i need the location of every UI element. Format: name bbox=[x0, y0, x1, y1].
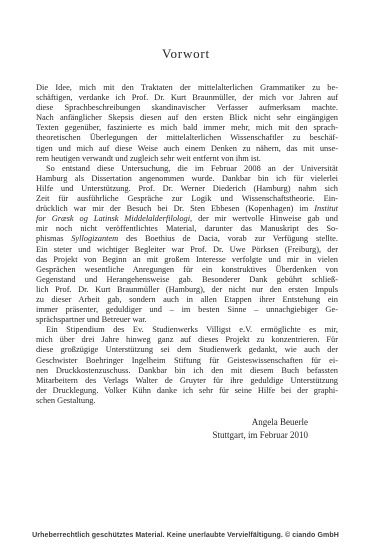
copyright-notice: Urheberrechtlich geschütztes Material. K… bbox=[0, 532, 371, 539]
italic-text-segment: Syllogizantem bbox=[71, 234, 118, 243]
text-segment: sprächspartner und Betreuer war. bbox=[36, 315, 147, 324]
text-segment: , der mir wertvolle Hinweise gab und bbox=[190, 214, 338, 223]
text-segment: drücklich war mir der Besuch bei Dr. Ste… bbox=[36, 204, 314, 213]
text-line: Hilfe und Unterstützung. Prof. Dr. Werne… bbox=[36, 184, 338, 194]
text-segment: mir noch nicht veröffentlichtes Material… bbox=[36, 224, 338, 233]
italic-text-segment: Institut bbox=[314, 204, 338, 213]
text-line: Hamburg als Dissertation angenommen wurd… bbox=[36, 174, 338, 184]
text-line: mir noch nicht veröffentlichtes Material… bbox=[36, 224, 338, 234]
text-line: sprächspartner und Betreuer war. bbox=[36, 315, 338, 325]
italic-text-segment: for Græsk og Latinsk Middelalderfilologi bbox=[36, 214, 190, 223]
text-line: Ein steter und wichtiger Begleiter war P… bbox=[36, 245, 338, 255]
text-segment: mich über drei Jahre hinweg ganz auf die… bbox=[36, 335, 338, 344]
text-segment: des Boethius de Dacia, vorab zur Verfügu… bbox=[118, 234, 338, 243]
text-segment: Hilfe und Unterstützung. Prof. Dr. Werne… bbox=[36, 184, 338, 193]
text-line: Zeit für ausführliche Gespräche zur Logi… bbox=[36, 194, 338, 204]
text-line: tigen und mich auf diese Weise auch eine… bbox=[36, 144, 338, 154]
text-line: So entstand diese Untersuchung, die im F… bbox=[36, 164, 338, 174]
text-line: theoretischen Überlegungen der mittelalt… bbox=[36, 133, 338, 143]
text-segment: diese großzügige Unterstützung sei dem S… bbox=[36, 345, 338, 354]
text-segment: So entstand diese Untersuchung, die im F… bbox=[46, 164, 338, 173]
text-line: drücklich war mir der Besuch bei Dr. Ste… bbox=[36, 204, 338, 214]
text-segment: Texten gegenüber, faszinierte es mich ba… bbox=[36, 123, 338, 132]
text-line: Geschwister Boehringer Ingelheim Stiftun… bbox=[36, 356, 338, 366]
text-segment: Ein steter und wichtiger Begleiter war P… bbox=[36, 245, 338, 254]
text-line: schen Gestaltung. bbox=[36, 396, 338, 406]
text-line: immer präsenter, geduldiger und – im bes… bbox=[36, 305, 338, 315]
signature-block: Angela Beuerle Stuttgart, im Februar 201… bbox=[36, 416, 308, 442]
preface-text: Die Idee, mich mit den Traktaten der mit… bbox=[36, 83, 338, 406]
text-line: zu dieser Arbeit gab, sondern auch in al… bbox=[36, 295, 338, 305]
text-line: Die Idee, mich mit den Traktaten der mit… bbox=[36, 83, 338, 93]
text-line: for Græsk og Latinsk Middelalderfilologi… bbox=[36, 214, 338, 224]
text-line: mich über drei Jahre hinweg ganz auf die… bbox=[36, 335, 338, 345]
text-line: diese großzügige Unterstützung sei dem S… bbox=[36, 345, 338, 355]
text-segment: phismas bbox=[36, 234, 71, 243]
page-title: Vorwort bbox=[36, 46, 336, 62]
text-line: Mitarbeitern des Verlags Walter de Gruyt… bbox=[36, 376, 338, 386]
text-segment: Geschwister Boehringer Ingelheim Stiftun… bbox=[36, 356, 338, 365]
text-line: das Projekt von Beginn an mit großem Int… bbox=[36, 255, 338, 265]
text-segment: das Projekt von Beginn an mit großem Int… bbox=[36, 255, 338, 264]
text-line: schäftigen, verdanke ich Prof. Dr. Kurt … bbox=[36, 93, 338, 103]
text-segment: Die Idee, mich mit den Traktaten der mit… bbox=[36, 83, 338, 92]
author-name: Angela Beuerle bbox=[36, 416, 308, 429]
text-line: lich Prof. Dr. Kurt Braunmüller (Hamburg… bbox=[36, 285, 338, 295]
text-segment: zu dieser Arbeit gab, sondern auch in al… bbox=[36, 295, 338, 304]
text-segment: tigen und mich auf diese Weise auch eine… bbox=[36, 144, 338, 153]
text-segment: Nach anfänglicher Skepsis diesen auf den… bbox=[36, 113, 338, 122]
text-segment: Ein Stipendium des Ev. Studienwerks Vill… bbox=[46, 325, 338, 334]
text-line: Gegenstand und Herangehensweise gab. Bes… bbox=[36, 275, 338, 285]
text-segment: Hamburg als Dissertation angenommen wurd… bbox=[36, 174, 338, 183]
text-line: Gesprächen wesentliche Anregungen für ei… bbox=[36, 265, 338, 275]
text-line: rem heutigen verwandt und zugleich sehr … bbox=[36, 154, 338, 164]
text-line: Texten gegenüber, faszinierte es mich ba… bbox=[36, 123, 338, 133]
text-segment: Zeit für ausführliche Gespräche zur Logi… bbox=[36, 194, 338, 203]
text-segment: immer präsenter, geduldiger und – im bes… bbox=[36, 305, 338, 314]
text-segment: theoretischen Überlegungen der mittelalt… bbox=[36, 133, 338, 142]
text-segment: der Drucklegung. Volker Kühn danke ich s… bbox=[36, 386, 338, 395]
text-line: diese Sprachbeschreibungen skandinavisch… bbox=[36, 103, 338, 113]
book-page: Vorwort Die Idee, mich mit den Traktaten… bbox=[0, 0, 371, 550]
text-segment: schäftigen, verdanke ich Prof. Dr. Kurt … bbox=[36, 93, 338, 102]
signature-place-date: Stuttgart, im Februar 2010 bbox=[36, 429, 308, 442]
text-segment: Mitarbeitern des Verlags Walter de Gruyt… bbox=[36, 376, 338, 385]
text-line: phismas Syllogizantem des Boethius de Da… bbox=[36, 234, 338, 244]
text-segment: Gegenstand und Herangehensweise gab. Bes… bbox=[36, 275, 338, 284]
text-line: Ein Stipendium des Ev. Studienwerks Vill… bbox=[36, 325, 338, 335]
text-segment: diese Sprachbeschreibungen skandinavisch… bbox=[36, 103, 338, 112]
text-segment: Gesprächen wesentliche Anregungen für ei… bbox=[36, 265, 338, 274]
text-segment: schen Gestaltung. bbox=[36, 396, 96, 405]
text-segment: rem heutigen verwandt und zugleich sehr … bbox=[36, 154, 261, 163]
text-segment: nen Druckkostenzuschuss. Dankbar bin ich… bbox=[36, 366, 338, 375]
text-segment: lich Prof. Dr. Kurt Braunmüller (Hamburg… bbox=[36, 285, 338, 294]
text-line: Nach anfänglicher Skepsis diesen auf den… bbox=[36, 113, 338, 123]
text-line: der Drucklegung. Volker Kühn danke ich s… bbox=[36, 386, 338, 396]
text-line: nen Druckkostenzuschuss. Dankbar bin ich… bbox=[36, 366, 338, 376]
